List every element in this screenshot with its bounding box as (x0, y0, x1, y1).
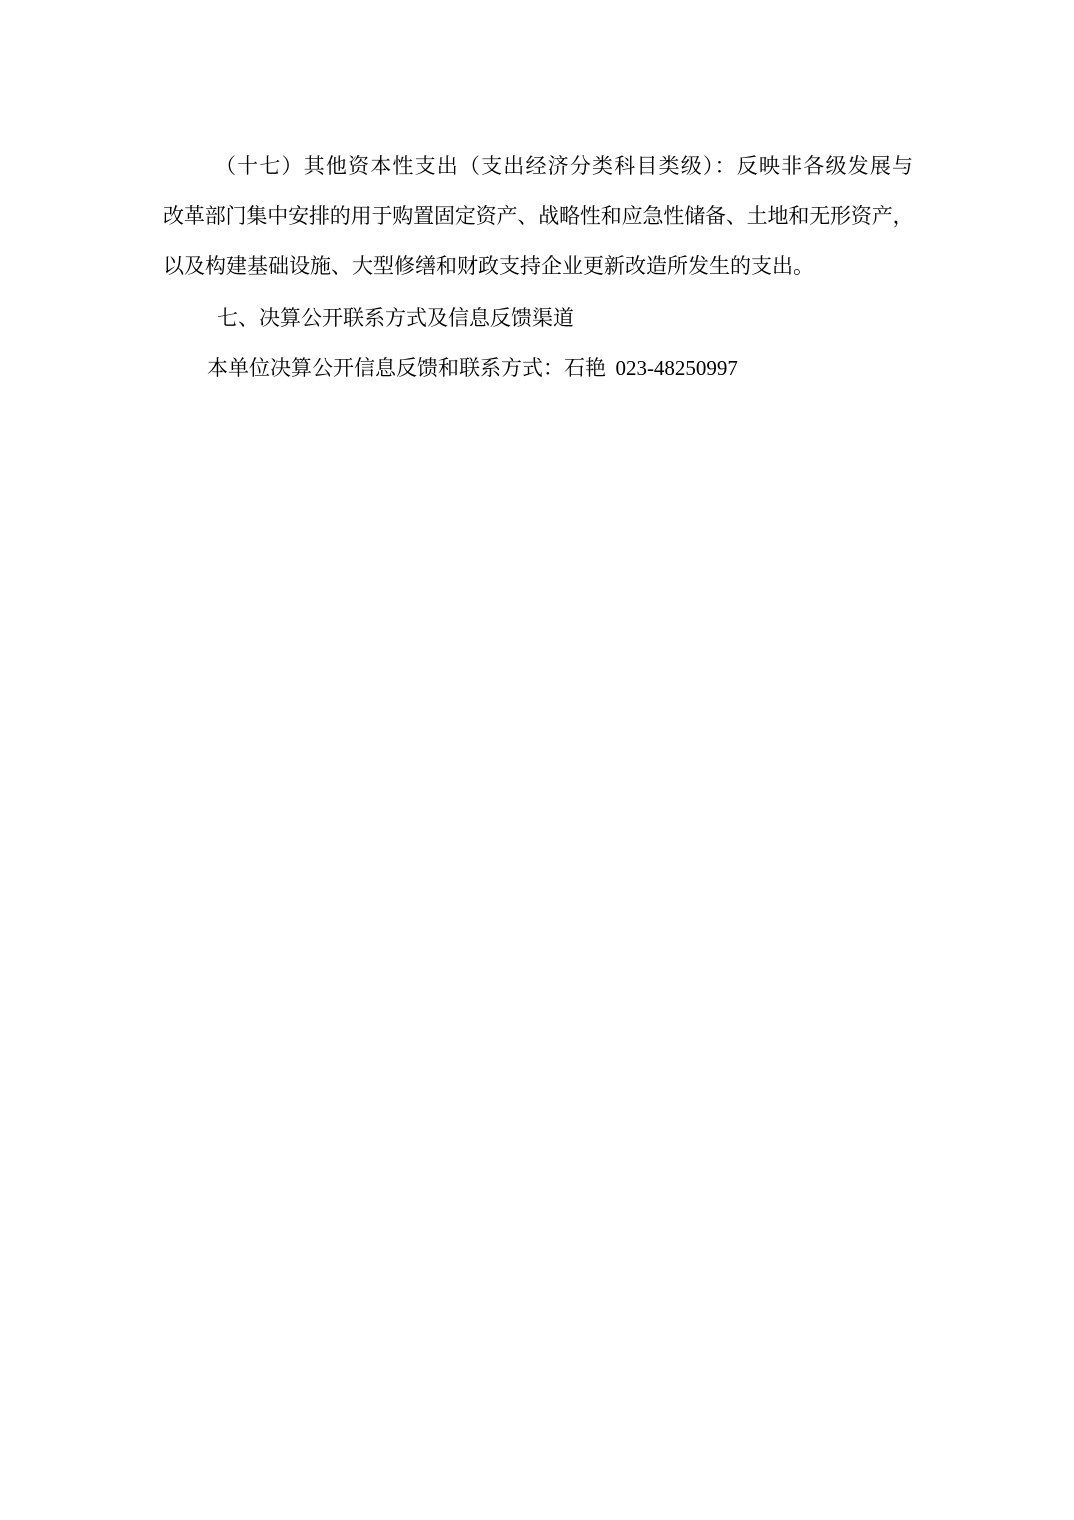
contact-name: 石艳 (564, 356, 606, 380)
contact-label: 本单位决算公开信息反馈和联系方式： (207, 356, 564, 380)
section-heading: 七、决算公开联系方式及信息反馈渠道 (163, 293, 913, 343)
contact-phone: 023-48250997 (615, 356, 738, 380)
document-content: （十七）其他资本性支出（支出经济分类科目类级）：反映非各级发展与 改革部门集中安… (163, 141, 913, 393)
paragraph-line: （十七）其他资本性支出（支出经济分类科目类级）：反映非各级发展与 (163, 141, 913, 191)
paragraph-line: 改革部门集中安排的用于购置固定资产、战略性和应急性储备、土地和无形资产， (163, 191, 913, 241)
paragraph-line: 以及构建基础设施、大型修缮和财政支持企业更新改造所发生的支出。 (163, 241, 913, 291)
document-page: （十七）其他资本性支出（支出经济分类科目类级）：反映非各级发展与 改革部门集中安… (0, 0, 1074, 1520)
contact-info: 本单位决算公开信息反馈和联系方式：石艳023-48250997 (163, 343, 913, 393)
